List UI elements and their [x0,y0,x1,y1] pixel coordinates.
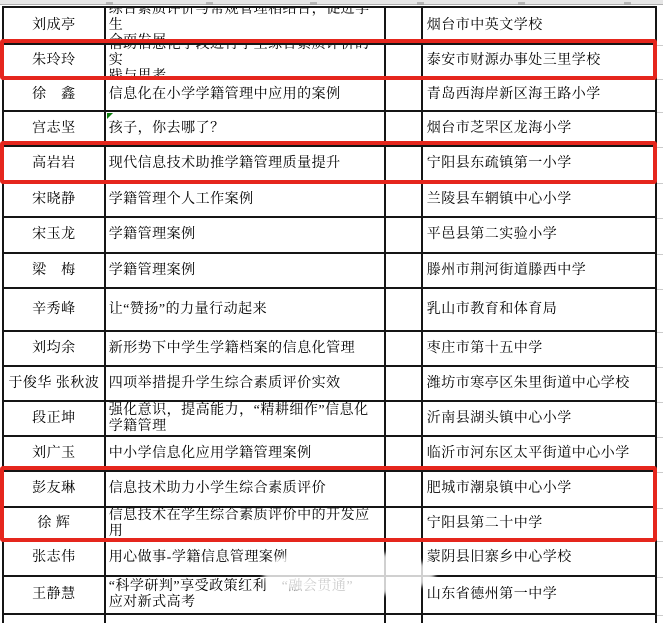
project-title-cell[interactable]: 用心做事-学籍信息管理案例 [106,541,386,577]
school-cell[interactable] [423,615,657,623]
column-header-strip[interactable] [0,0,663,5]
empty-cell[interactable] [386,472,423,508]
school-cell[interactable]: 潍坊市寒亭区朱里街道中心学校 [423,367,657,402]
empty-cell[interactable] [386,112,423,147]
school-cell[interactable]: 乳山市教育和体育局 [423,289,657,332]
table-row: 宫志坚 孩子，你去哪了？ 烟台市芝罘区龙海小学 [4,112,657,147]
empty-cell[interactable] [386,541,423,577]
empty-cell[interactable] [386,254,423,289]
author-name-cell[interactable]: 宋晓静 [4,183,106,218]
author-name-cell[interactable]: 辛秀峰 [4,289,106,332]
cell-note-triangle-icon [107,113,113,119]
school-cell[interactable]: 平邑县第二实验小学 [423,218,657,254]
table-row: 宋晓静 学籍管理个人工作案例 兰陵县车辋镇中心小学 [4,183,657,218]
author-name-cell[interactable]: 刘成亭 [4,8,106,45]
project-title-cell[interactable] [106,615,386,623]
school-cell[interactable]: 宁阳县东疏镇第一小学 [423,147,657,183]
spreadsheet-screenshot: 刘成亭 综合素质评价与常规管理相结合，促进学生 全面发展 烟台市中英文学校 朱玲… [0,0,663,623]
table-row: 高岩岩 现代信息技术助推学籍管理质量提升 宁阳县东疏镇第一小学 [4,147,657,183]
column-letter-fragment [624,2,631,5]
column-letter-fragment [106,2,113,5]
empty-cell[interactable] [386,183,423,218]
project-title-cell[interactable]: 孩子，你去哪了？ [106,112,386,147]
empty-cell[interactable] [386,45,423,79]
empty-cell[interactable] [386,402,423,437]
table-row: 王静慧 “科学研判”享受政策红利 “融会贯通” 应对新式高考 山东省德州第一中学 [4,577,657,615]
project-title-cell[interactable]: 现代信息技术助推学籍管理质量提升 [106,147,386,183]
table-row: 徐 辉 信息技术在学生综合素质评价中的开发应用 宁阳县第二十中学 [4,508,657,541]
school-cell[interactable]: 枣庄市第十五中学 [423,332,657,367]
column-letter-fragment [518,2,525,5]
project-title-cell[interactable]: 让“赞扬”的力量行动起来 [106,289,386,332]
empty-cell[interactable] [386,289,423,332]
school-cell[interactable]: 临沂市河东区太平街道中心小学 [423,437,657,472]
author-name-cell[interactable]: 彭友琳 [4,472,106,508]
table-row: 刘成亭 综合素质评价与常规管理相结合，促进学生 全面发展 烟台市中英文学校 [4,8,657,45]
project-title-cell[interactable]: 新形势下中学生学籍档案的信息化管理 [106,332,386,367]
project-title-cell[interactable]: 中小学信息化应用学籍管理案例 [106,437,386,472]
empty-cell[interactable] [386,79,423,112]
table-row: 张志伟 用心做事-学籍信息管理案例 蒙阴县旧寨乡中心学校 [4,541,657,577]
author-name-cell[interactable]: 张志伟 [4,541,106,577]
column-letter-fragment [417,2,424,5]
empty-cell[interactable] [386,147,423,183]
author-name-cell[interactable]: 梁 梅 [4,254,106,289]
empty-cell[interactable] [386,508,423,541]
author-name-cell[interactable]: 王静慧 [4,577,106,615]
table-row: 于俊华 张秋波 四项举措提升学生综合素质评价实效 潍坊市寒亭区朱里街道中心学校 [4,367,657,402]
empty-cell[interactable] [386,577,423,615]
project-title-cell[interactable]: 信息技术在学生综合素质评价中的开发应用 [106,508,386,541]
results-table: 刘成亭 综合素质评价与常规管理相结合，促进学生 全面发展 烟台市中英文学校 朱玲… [2,6,657,623]
author-name-cell[interactable]: 徐 鑫 [4,79,106,112]
school-cell[interactable]: 沂南县湖头镇中心小学 [423,402,657,437]
school-cell[interactable]: 兰陵县车辋镇中心小学 [423,183,657,218]
project-title-cell[interactable]: 信息化在小学学籍管理中应用的案例 [106,79,386,112]
table-row: 宋玉龙 学籍管理案例 平邑县第二实验小学 [4,218,657,254]
project-title-cell[interactable]: 借助信息化手段进行学生综合素质评价的实 践与思考 [106,45,386,79]
table-row: 刘广玉 中小学信息化应用学籍管理案例 临沂市河东区太平街道中心小学 [4,437,657,472]
project-title-cell[interactable]: “科学研判”享受政策红利 “融会贯通” 应对新式高考 [106,577,386,615]
author-name-cell[interactable]: 高岩岩 [4,147,106,183]
author-name-cell[interactable]: 宫志坚 [4,112,106,147]
table-row: 刘均余 新形势下中学生学籍档案的信息化管理 枣庄市第十五中学 [4,332,657,367]
table-row: 梁 梅 学籍管理案例 滕州市荆河街道滕西中学 [4,254,657,289]
school-cell[interactable]: 烟台市芝罘区龙海小学 [423,112,657,147]
author-name-cell[interactable]: 段正坤 [4,402,106,437]
school-cell[interactable]: 烟台市中英文学校 [423,8,657,45]
author-name-cell[interactable]: 刘均余 [4,332,106,367]
project-title-cell[interactable]: 强化意识，提高能力，“精耕细作”信息化 学籍管理 [106,402,386,437]
empty-cell[interactable] [386,8,423,45]
column-letter-fragment [310,2,317,5]
project-title-cell[interactable]: 学籍管理案例 [106,254,386,289]
author-name-cell[interactable] [4,615,106,623]
table-row: 朱玲玲 借助信息化手段进行学生综合素质评价的实 践与思考 泰安市财源办事处三里学… [4,45,657,79]
school-cell[interactable]: 滕州市荆河街道滕西中学 [423,254,657,289]
project-title-cell[interactable]: 四项举措提升学生综合素质评价实效 [106,367,386,402]
project-title-cell[interactable]: 学籍管理案例 [106,218,386,254]
empty-cell[interactable] [386,367,423,402]
project-title-cell[interactable]: 学籍管理个人工作案例 [106,183,386,218]
empty-cell[interactable] [386,332,423,367]
table-row: 段正坤 强化意识，提高能力，“精耕细作”信息化 学籍管理 沂南县湖头镇中心小学 [4,402,657,437]
school-cell[interactable]: 青岛西海岸新区海王路小学 [423,79,657,112]
school-cell[interactable]: 泰安市财源办事处三里学校 [423,45,657,79]
empty-cell[interactable] [386,437,423,472]
author-name-cell[interactable]: 宋玉龙 [4,218,106,254]
school-cell[interactable]: 肥城市潮泉镇中心小学 [423,472,657,508]
table-row: 徐 鑫 信息化在小学学籍管理中应用的案例 青岛西海岸新区海王路小学 [4,79,657,112]
author-name-cell[interactable]: 徐 辉 [4,508,106,541]
project-title-cell[interactable]: 信息技术助力小学生综合素质评价 [106,472,386,508]
school-cell[interactable]: 蒙阴县旧寨乡中心学校 [423,541,657,577]
table-row: 彭友琳 信息技术助力小学生综合素质评价 肥城市潮泉镇中心小学 [4,472,657,508]
project-title-cell[interactable]: 综合素质评价与常规管理相结合，促进学生 全面发展 [106,8,386,45]
table-row: 辛秀峰 让“赞扬”的力量行动起来 乳山市教育和体育局 [4,289,657,332]
empty-cell[interactable] [386,218,423,254]
author-name-cell[interactable]: 刘广玉 [4,437,106,472]
author-name-cell[interactable]: 朱玲玲 [4,45,106,79]
school-cell[interactable]: 宁阳县第二十中学 [423,508,657,541]
empty-cell[interactable] [386,615,423,623]
author-name-cell[interactable]: 于俊华 张秋波 [4,367,106,402]
school-cell[interactable]: 山东省德州第一中学 [423,577,657,615]
table-row [4,615,657,623]
column-letter-fragment [206,2,213,5]
